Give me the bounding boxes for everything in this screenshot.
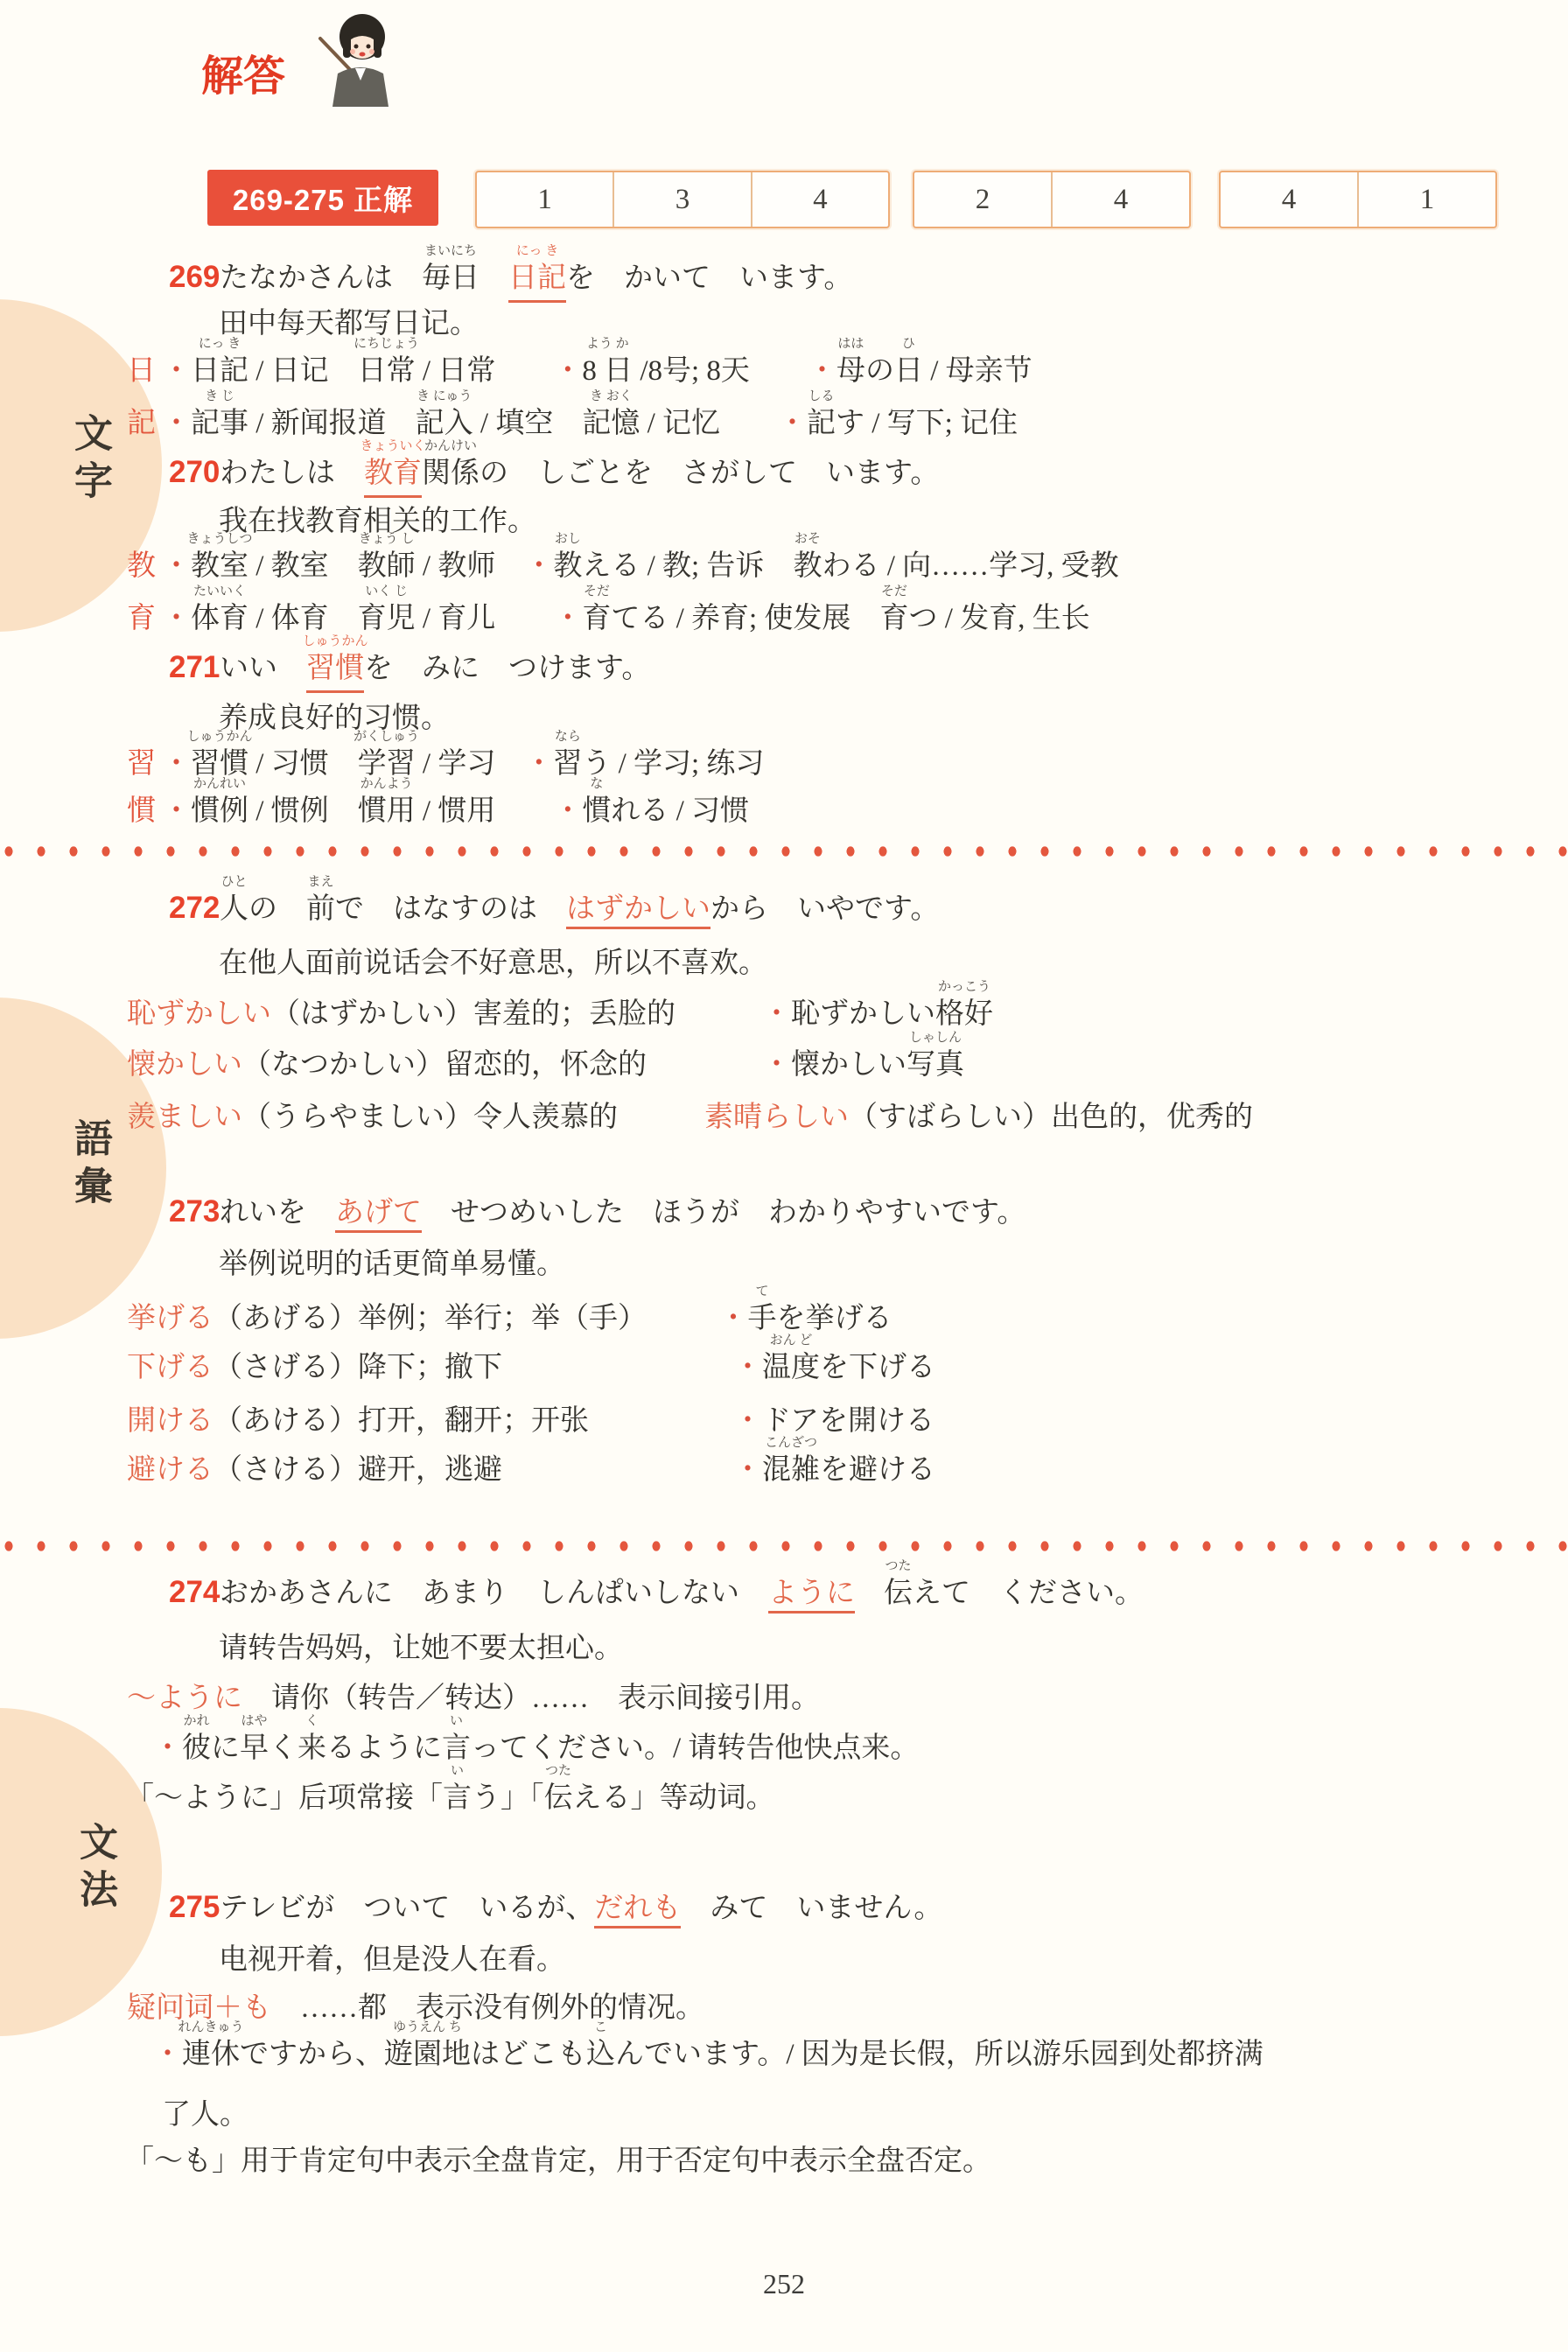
page-title: 解答	[201, 42, 285, 102]
translation-273: 举例说明的话更简单易懂。	[219, 1244, 565, 1284]
section-label-moji: 文字	[61, 413, 117, 507]
vocab-row-kyo: 教・きょうしつ教室 / 教室 きょう し教師 / 教师 ・おし教える / 教; …	[127, 546, 1119, 586]
question-273: 273れいを あげて せつめいした ほうが わかりやすいです。	[169, 1192, 1025, 1233]
dotted-divider-2	[0, 1536, 1568, 1556]
note-youni: 「～ように」后项常接「い言う」「つた伝える」等动词。	[125, 1778, 775, 1818]
question-272: 272ひと人の まえ前で はなすのは はずかしいから いやです。	[169, 888, 939, 929]
answer-group-2: 2 4	[913, 171, 1191, 228]
dotted-divider-1	[0, 842, 1568, 861]
translation-269: 田中每天都写日记。	[219, 304, 479, 344]
translation-274: 请转告妈妈，让她不要太担心。	[219, 1628, 623, 1669]
question-275: 275テレビが ついて いるが、だれも みて いません。	[169, 1887, 942, 1928]
vocab-row-day: 日・にっ き日記 / 日记 にちじょう日常 / 日常 ・よう か8 日 /8号;…	[127, 351, 1032, 391]
grammar-row-youni: ～ように 请你（转告／转达）…… 表示间接引用。	[127, 1678, 820, 1718]
example-kare: ・かれ彼にはや早くく来るようにい言ってください。/ 请转告他快点来。	[153, 1728, 919, 1768]
note-mo: 「～も」用于肯定句中表示全盘肯定，用于否定句中表示全盘否定。	[125, 2141, 991, 2181]
question-269: 269たなかさんは まいにち毎日 にっ き日記を かいて います。	[169, 257, 852, 303]
answer-cell-273: 4	[1051, 172, 1189, 227]
example-renkyu-wrap: 了人。	[162, 2095, 248, 2135]
vocab-row-sageru: 下げる（さげる）降下；撤下 ・おん ど温度を下げる	[127, 1347, 935, 1388]
answer-cell-271: 4	[751, 172, 888, 227]
section-label-goi: 語彙	[61, 1118, 117, 1213]
vocab-row-hazukashii: 恥ずかしい（はずかしい）害羞的；丢脸的 ・恥ずかしいかっこう格好	[127, 994, 993, 1034]
translation-272: 在他人面前说话会不好意思，所以不喜欢。	[219, 943, 767, 983]
question-274: 274おかあさんに あまり しんぱいしない ように つた伝えて ください。	[169, 1572, 1144, 1613]
page-number: 252	[0, 2268, 1568, 2300]
question-270: 270わたしは きょういく教育かんけい関係の しごとを さがして います。	[169, 452, 939, 498]
vocab-row-natsukashii: 懐かしい（なつかしい）留恋的，怀念的 ・懐かしいしゃしん写真	[127, 1045, 964, 1085]
answer-cell-269: 1	[477, 172, 612, 227]
vocab-row-iku: 育・たいいく体育 / 体育 いく じ育児 / 育儿 ・そだ育てる / 养育; 使…	[127, 598, 1090, 639]
answer-cell-275: 1	[1357, 172, 1495, 227]
vocab-row-urayamashii: 羨ましい（うらやましい）令人羡慕的 素晴らしい（すばらしい）出色的，优秀的	[127, 1097, 1253, 1137]
translation-275: 电视开着，但是没人在看。	[219, 1940, 565, 1980]
answer-cell-270: 3	[612, 172, 750, 227]
answer-cell-272: 2	[914, 172, 1051, 227]
vocab-row-sakeru: 避ける（さける）避开，逃避 ・こんざつ混雑を避ける	[127, 1450, 935, 1490]
answer-range-label: 269-275 正解	[207, 170, 438, 226]
example-renkyu: ・れんきゅう連休ですから、ゆうえん ち遊園地はどこもこ込んでいます。/ 因为是长…	[153, 2034, 1263, 2075]
vocab-row-kan: 慣・かんれい慣例 / 惯例 かんよう慣用 / 惯用 ・な慣れる / 习惯	[127, 791, 749, 831]
answer-cell-274: 4	[1221, 172, 1357, 227]
teacher-pointer-illustration	[304, 3, 416, 111]
question-271: 271いい しゅうかん習慣を みに つけます。	[169, 647, 650, 693]
answer-group-1: 1 3 4	[475, 171, 890, 228]
section-label-bunpo: 文法	[66, 1822, 122, 1916]
textbook-answer-page: 文字 語彙 文法 解答 269-275 正解 1 3 4 2 4	[0, 0, 1568, 2352]
vocab-row-ki: 記・き じ記事 / 新闻报道 き にゅう記入 / 填空 き おく記憶 / 记忆 …	[127, 403, 1018, 444]
answer-group-3: 4 1	[1219, 171, 1497, 228]
